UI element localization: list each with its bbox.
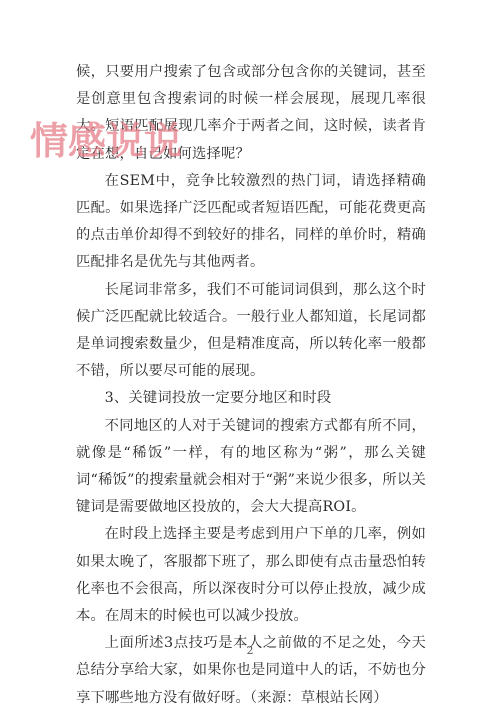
page-number: 2 [0,644,500,657]
paragraph-6: 上面所述3点技巧是本人之前做的不足之处，今天总结分享给大家，如果你也是同道中人的… [76,630,426,707]
paragraph-2: 在SEM中，竞争比较激烈的热门词，请选择精确匹配。如果选择广泛匹配或者短语匹配，… [76,168,426,277]
document-body: 候，只要用户搜索了包含或部分包含你的关键词，甚至是创意里包含搜索词的时候一样会展… [76,59,426,707]
paragraph-5: 在时段上选择主要是考虑到用户下单的几率，例如如果太晚了，客服都下班了，那么即使有… [76,521,426,630]
section-heading: 3、关键词投放一定要分地区和时段 [76,385,426,412]
paragraph-1: 候，只要用户搜索了包含或部分包含你的关键词，甚至是创意里包含搜索词的时候一样会展… [76,59,426,168]
paragraph-3: 长尾词非常多，我们不可能词词俱到，那么这个时候广泛匹配就比较适合。一般行业人都知… [76,277,426,386]
document-page: 候，只要用户搜索了包含或部分包含你的关键词，甚至是创意里包含搜索词的时候一样会展… [0,0,500,707]
paragraph-4: 不同地区的人对于关键词的搜索方式都有所不同，就像是“稀饭”一样，有的地区称为“粥… [76,413,426,522]
